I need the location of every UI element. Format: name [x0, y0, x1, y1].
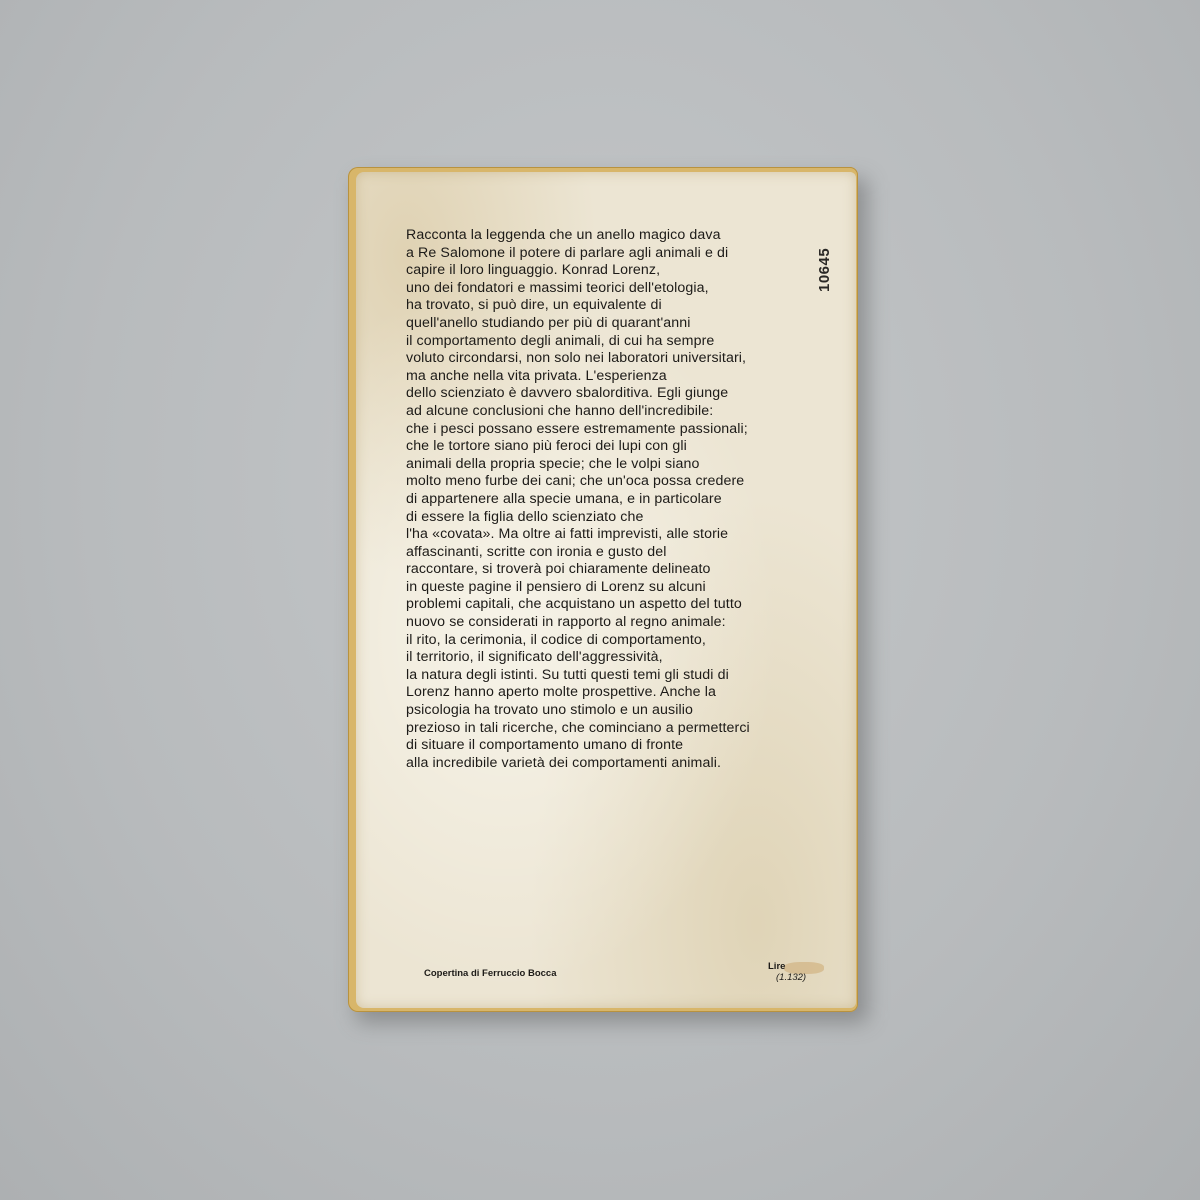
blurb-line: Racconta la leggenda che un anello magic… [406, 227, 866, 245]
blurb-line: raccontare, si troverà poi chiaramente d… [406, 561, 866, 579]
blurb-line: uno dei fondatori e massimi teorici dell… [406, 280, 866, 298]
catalog-number: 10645 [816, 248, 833, 292]
price-label: Lire [768, 961, 785, 972]
blurb-line: il rito, la cerimonia, il codice di comp… [406, 632, 866, 650]
price-code: (1.132) [776, 972, 806, 983]
blurb-line: la natura degli istinti. Su tutti questi… [406, 667, 866, 685]
blurb-line: che le tortore siano più feroci dei lupi… [406, 438, 866, 456]
blurb-line: animali della propria specie; che le vol… [406, 456, 866, 474]
blurb-line: ha trovato, si può dire, un equivalente … [406, 297, 866, 315]
blurb-line: psicologia ha trovato uno stimolo e un a… [406, 702, 866, 720]
blurb-line: di essere la figlia dello scienziato che [406, 509, 866, 527]
blurb-line: problemi capitali, che acquistano un asp… [406, 596, 866, 614]
blurb-line: dello scienziato è davvero sbalorditiva.… [406, 385, 866, 403]
cover-credit: Copertina di Ferruccio Bocca [424, 968, 557, 979]
blurb-line: in queste pagine il pensiero di Lorenz s… [406, 579, 866, 597]
blurb-line: a Re Salomone il potere di parlare agli … [406, 245, 866, 263]
blurb-line: il territorio, il significato dell'aggre… [406, 649, 866, 667]
blurb-line: prezioso in tali ricerche, che comincian… [406, 720, 866, 738]
blurb-line: che i pesci possano essere estremamente … [406, 421, 866, 439]
blurb-line: di situare il comportamento umano di fro… [406, 737, 866, 755]
blurb-line: Lorenz hanno aperto molte prospettive. A… [406, 684, 866, 702]
blurb-line: voluto circondarsi, non solo nei laborat… [406, 350, 866, 368]
blurb-text: Racconta la leggenda che un anello magic… [406, 227, 866, 772]
blurb-line: l'ha «covata». Ma oltre ai fatti imprevi… [406, 526, 866, 544]
blurb-line: ma anche nella vita privata. L'esperienz… [406, 368, 866, 386]
blurb-line: affascinanti, scritte con ironia e gusto… [406, 544, 866, 562]
blurb-line: il comportamento degli animali, di cui h… [406, 333, 866, 351]
blurb-line: nuovo se considerati in rapporto al regn… [406, 614, 866, 632]
price: Lire (1.132) [768, 961, 806, 983]
back-cover: Racconta la leggenda che un anello magic… [356, 172, 856, 1008]
blurb-line: alla incredibile varietà dei comportamen… [406, 755, 866, 773]
blurb-line: ad alcune conclusioni che hanno dell'inc… [406, 403, 866, 421]
blurb-line: di appartenere alla specie umana, e in p… [406, 491, 866, 509]
blurb-line: molto meno furbe dei cani; che un'oca po… [406, 473, 866, 491]
blurb-line: quell'anello studiando per più di quaran… [406, 315, 866, 333]
paperback-book: Racconta la leggenda che un anello magic… [348, 167, 858, 1012]
blurb-line: capire il loro linguaggio. Konrad Lorenz… [406, 262, 866, 280]
